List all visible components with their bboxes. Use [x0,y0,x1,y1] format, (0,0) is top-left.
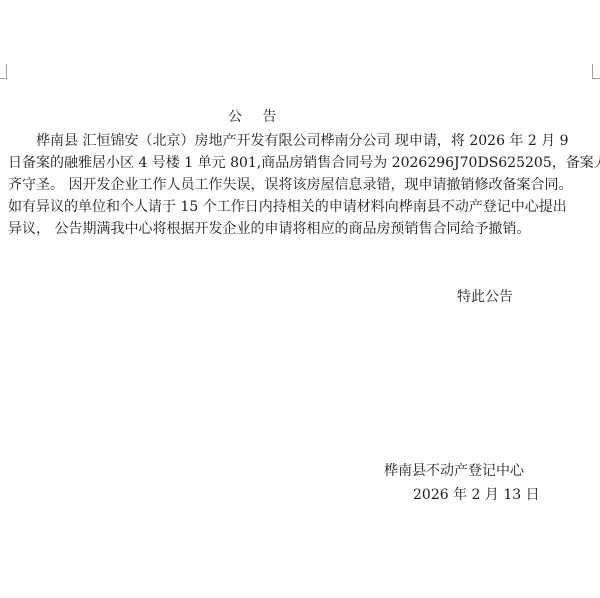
page-margin-marker-left [0,64,7,79]
body-line-5: 异议， 公告期满我中心将根据开发企业的申请将相应的商品房预销售合同给予撤销。 [8,218,530,240]
closing-statement: 特此公告 [457,286,513,306]
issue-date: 2026 年 2 月 13 日 [413,484,540,504]
body-line-3: 齐守圣。 因开发企业工作人员工作失误，误将该房屋信息录错，现申请撤销修改备案合同… [8,174,572,196]
issuing-organization: 桦南县不动产登记中心 [384,460,524,480]
body-line-2: 日备案的融雅居小区 4 号楼 1 单元 801,商品房销售合同号为 202629… [8,152,600,174]
body-line-4: 如有异议的单位和个人请于 15 个工作日内持相关的申请材料向桦南县不动产登记中心… [8,196,567,218]
notice-title: 公 告 [228,106,284,126]
body-line-1: 桦南县 汇恒锦安（北京）房地产开发有限公司桦南分公司 现申请，将 2026 年 … [8,130,569,152]
page-margin-marker-right [592,64,600,79]
